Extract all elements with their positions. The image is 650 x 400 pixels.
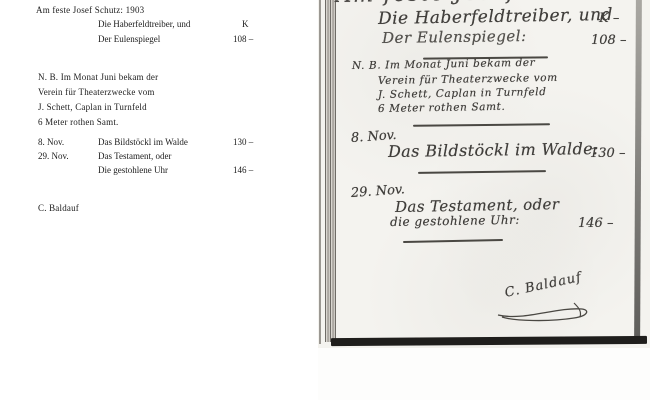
date-value: 8. Nov. [38, 138, 64, 147]
manuscript-scan: Am feste Josef Schütz: 1903 Die Haberfel… [318, 0, 650, 348]
amount-value: 146 – [233, 166, 253, 175]
transcriber-signature: C. Baldauf [38, 204, 79, 213]
manuscript-amount: 108 – [591, 34, 626, 47]
transcription-row: Die gestohlene Uhr 146 – [38, 166, 308, 178]
amount-value: K [242, 20, 249, 29]
amount-value: 130 – [233, 138, 253, 147]
transcription-heading: Am feste Josef Schutz: 1903 [36, 6, 144, 15]
play-title: Das Bildstöckl im Walde [98, 138, 188, 147]
transcription-row: 29. Nov. Das Testament, oder [38, 152, 308, 164]
manuscript-amount: 146 – [578, 217, 613, 230]
transcription-row: Der Eulenspiegel 108 – [38, 35, 308, 47]
manuscript-amount: K – [599, 12, 619, 25]
manuscript-signature: C. Baldauf [504, 271, 583, 300]
manuscript-note-line: 6 Meter rothen Samt. [378, 102, 506, 115]
transcription-row: 8. Nov. Das Bildstöckl im Walde 130 – [38, 138, 308, 150]
note-line: J. Schett, Caplan in Turnfeld [38, 103, 147, 112]
page-edge-line [634, 0, 642, 341]
underline-rule [413, 123, 550, 126]
manuscript-amount: 130 – [590, 147, 625, 160]
manuscript-title-line: Das Testament, oder [395, 197, 560, 215]
play-title: Die Haberfeldtreiber, und [98, 20, 190, 29]
manuscript-title-line: Die Haberfeldtreiber, und [378, 7, 613, 28]
signature-flourish [494, 301, 594, 327]
note-line: N. B. Im Monat Juni bekam der [38, 73, 158, 82]
page-edge-line [319, 0, 321, 344]
note-line: Verein für Theaterzwecke vom [38, 88, 155, 97]
binding-gutter [325, 0, 336, 342]
manuscript-title-line: Das Bildstöckl im Walde: [388, 141, 599, 160]
manuscript-note-line: N. B. Im Monat Juni bekam der [352, 58, 535, 72]
transcription-page: Am feste Josef Schutz: 1903 Die Haberfel… [0, 0, 318, 400]
manuscript-note-line: J. Schett, Caplan in Turnfeld [378, 87, 547, 100]
transcription-row: Die Haberfeldtreiber, und K [38, 20, 308, 32]
amount-value: 108 – [233, 35, 253, 44]
play-title: Der Eulenspiegel [98, 35, 160, 44]
scan-bottom-border [331, 336, 647, 346]
underline-rule [418, 170, 546, 173]
play-title: Das Testament, oder [98, 152, 171, 161]
manuscript-title-line: Der Eulenspiegel: [382, 29, 527, 46]
note-line: 6 Meter rothen Samt. [38, 118, 118, 127]
date-value: 29. Nov. [38, 152, 69, 161]
underline-rule [403, 239, 503, 243]
manuscript-subtitle-line: die gestohlene Uhr: [390, 214, 520, 228]
manuscript-note-line: Verein für Theaterzwecke vom [378, 73, 558, 87]
play-title: Die gestohlene Uhr [98, 166, 168, 175]
